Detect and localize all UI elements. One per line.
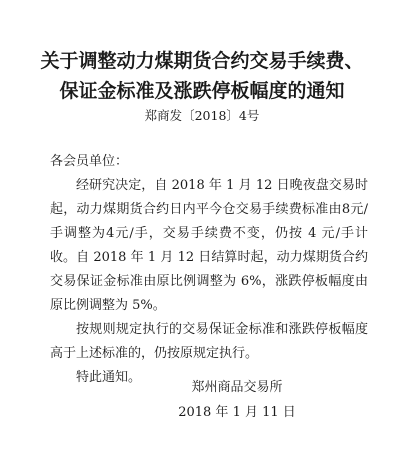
paragraph-2: 按规则规定执行的交易保证金标准和涨跌停板幅度高于上述标准的，仍按原规定执行。 xyxy=(50,318,368,366)
paragraph-1: 经研究决定，自 2018 年 1 月 12 日晚夜盘交易时起，动力煤期货合约日内… xyxy=(50,174,368,318)
document-number: 郑商发〔2018〕4号 xyxy=(0,106,404,124)
document-body: 各会员单位： 经研究决定，自 2018 年 1 月 12 日晚夜盘交易时起，动力… xyxy=(50,150,368,390)
title-line-2: 保证金标准及涨跌停板幅度的通知 xyxy=(0,76,404,103)
issuer: 郑州商品交易所 xyxy=(0,376,404,395)
issue-date: 2018 年 1 月 11 日 xyxy=(0,401,404,420)
title-line-1: 关于调整动力煤期货合约交易手续费、 xyxy=(0,46,404,73)
salutation: 各会员单位： xyxy=(50,150,368,174)
